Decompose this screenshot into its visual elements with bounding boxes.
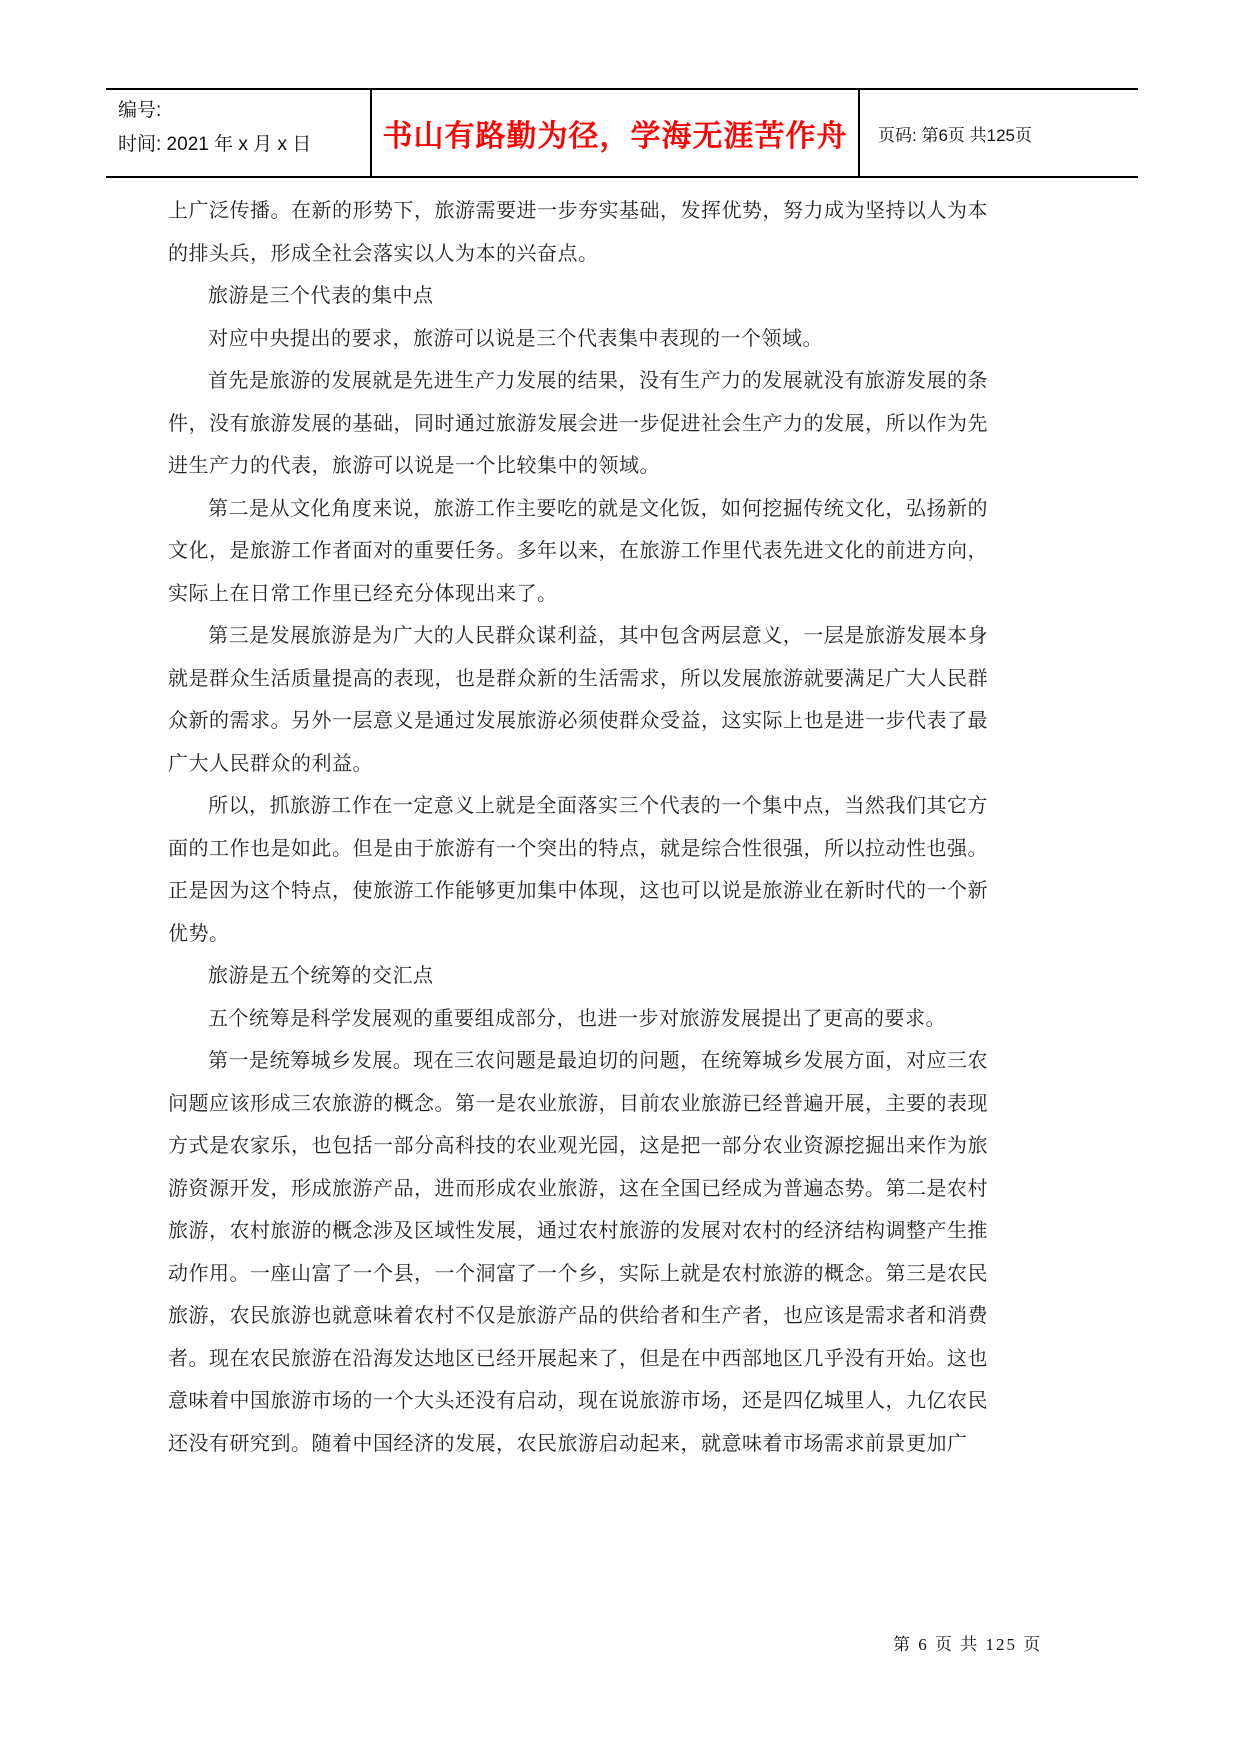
- footer-page-info: 第 6 页 共 125 页: [893, 1635, 1042, 1654]
- header-page-cell: 页码: 第6页 共125页: [860, 90, 1138, 176]
- page-header: 编号: 时间: 2021 年 x 月 x 日 书山有路勤为径，学海无涯苦作舟 页…: [106, 88, 1138, 178]
- paragraph: 对应中央提出的要求，旅游可以说是三个代表集中表现的一个领域。: [168, 318, 988, 361]
- paragraph: 旅游是三个代表的集中点: [168, 275, 988, 318]
- doc-number-label: 编号:: [118, 94, 370, 128]
- page-footer: 第 6 页 共 125 页: [893, 1630, 1042, 1655]
- paragraph: 首先是旅游的发展就是先进生产力发展的结果，没有生产力的发展就没有旅游发展的条件，…: [168, 360, 988, 488]
- paragraph: 第二是从文化角度来说，旅游工作主要吃的就是文化饭，如何挖掘传统文化，弘扬新的文化…: [168, 488, 988, 616]
- document-body: 上广泛传播。在新的形势下，旅游需要进一步夯实基础，发挥优势，努力成为坚持以人为本…: [168, 190, 988, 1465]
- paragraph: 所以，抓旅游工作在一定意义上就是全面落实三个代表的一个集中点，当然我们其它方面的…: [168, 785, 988, 955]
- paragraph: 第三是发展旅游是为广大的人民群众谋利益，其中包含两层意义，一层是旅游发展本身就是…: [168, 615, 988, 785]
- doc-time-label: 时间: 2021 年 x 月 x 日: [118, 128, 370, 162]
- header-meta-cell: 编号: 时间: 2021 年 x 月 x 日: [106, 90, 370, 176]
- page-number-label: 页码: 第6页 共125页: [878, 121, 1032, 146]
- paragraph: 旅游是五个统筹的交汇点: [168, 955, 988, 998]
- paragraph: 五个统筹是科学发展观的重要组成部分，也进一步对旅游发展提出了更高的要求。: [168, 998, 988, 1041]
- paragraph: 上广泛传播。在新的形势下，旅游需要进一步夯实基础，发挥优势，努力成为坚持以人为本…: [168, 190, 988, 275]
- document-page: 编号: 时间: 2021 年 x 月 x 日 书山有路勤为径，学海无涯苦作舟 页…: [0, 0, 1241, 1754]
- motto-text: 书山有路勤为径，学海无涯苦作舟: [383, 111, 848, 155]
- paragraph: 第一是统筹城乡发展。现在三农问题是最迫切的问题，在统筹城乡发展方面，对应三农问题…: [168, 1040, 988, 1465]
- header-motto-cell: 书山有路勤为径，学海无涯苦作舟: [370, 90, 860, 176]
